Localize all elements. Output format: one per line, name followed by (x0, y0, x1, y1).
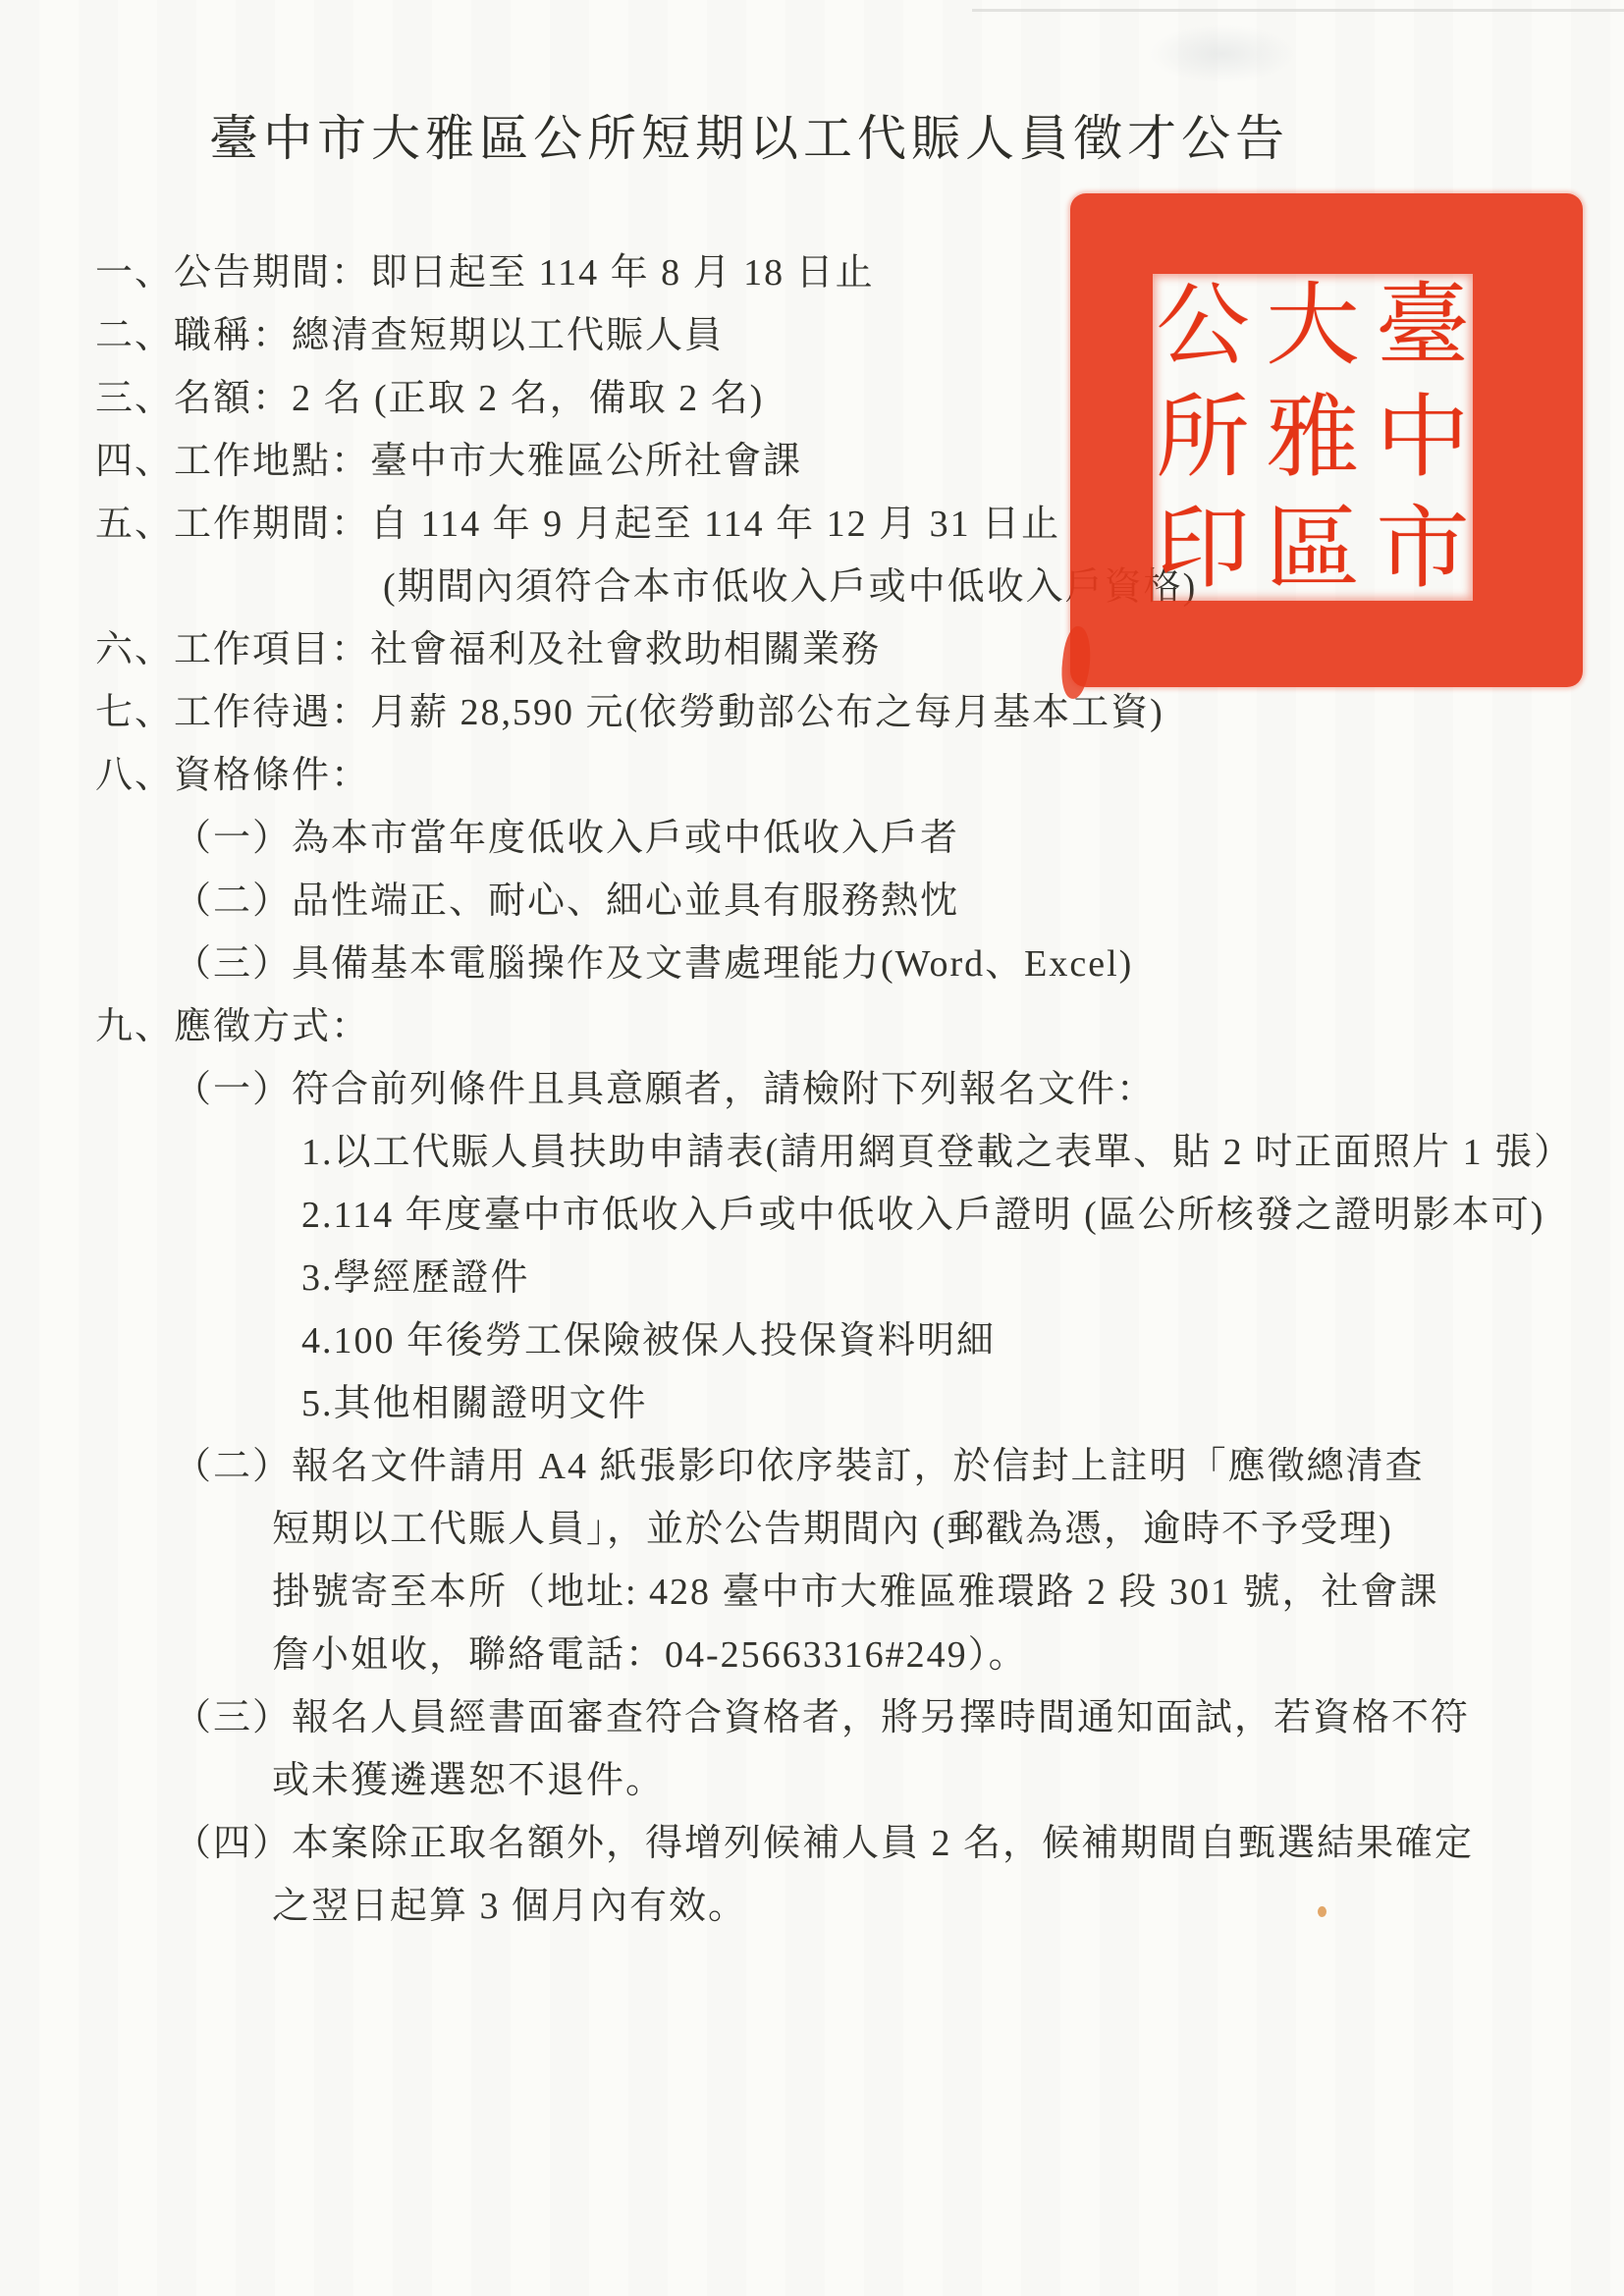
ink-dot-artifact (1318, 1906, 1326, 1917)
document-line: 九、應徵方式： (0, 995, 1624, 1058)
document-line: 短期以工代賑人員」，並於公告期間內 (郵戳為憑，逾時不予受理) (0, 1498, 1624, 1561)
scan-edge-artifact (972, 9, 1624, 12)
seal-character: 雅 (1261, 386, 1365, 490)
document-line: 詹小姐收，聯絡電話：04-25663316#249）。 (0, 1624, 1624, 1686)
seal-character: 印 (1151, 497, 1255, 601)
seal-characters: 臺中市大雅區公所印 (1153, 274, 1473, 601)
document-line: 之翌日起算 3 個月內有效。 (0, 1875, 1624, 1938)
seal-column: 大雅區 (1263, 274, 1363, 601)
seal-character: 所 (1151, 386, 1255, 490)
document-line: （三）報名人員經書面審查符合資格者，將另擇時間通知面試，若資格不符 (0, 1686, 1624, 1749)
document-line: （二）品性端正、耐心、細心並具有服務熱忱 (0, 870, 1624, 933)
official-seal-stamp: 臺中市大雅區公所印 (1070, 193, 1583, 687)
seal-character: 公 (1151, 274, 1255, 378)
document-line: 掛號寄至本所（地址: 428 臺中市大雅區雅環路 2 段 301 號，社會課 (0, 1561, 1624, 1624)
document-line: 3.學經歷證件 (0, 1247, 1624, 1309)
scanned-announcement-page: 臺中市大雅區公所短期以工代賑人員徵才公告 一、公告期間：即日起至 114 年 8… (0, 0, 1624, 2296)
document-line: （二）報名文件請用 A4 紙張影印依序裝訂，於信封上註明「應徵總清查 (0, 1435, 1624, 1498)
seal-character: 中 (1371, 386, 1475, 490)
document-line: （四）本案除正取名額外，得增列候補人員 2 名，候補期間自甄選結果確定 (0, 1812, 1624, 1875)
document-line: 或未獲遴選恕不退件。 (0, 1749, 1624, 1812)
seal-character: 區 (1261, 497, 1365, 601)
document-line: 七、工作待遇：月薪 28,590 元(依勞動部公布之每月基本工資) (0, 681, 1624, 744)
page-title: 臺中市大雅區公所短期以工代賑人員徵才公告 (209, 108, 1289, 169)
document-line: （三）具備基本電腦操作及文書處理能力(Word、Excel) (0, 933, 1624, 995)
document-line: （一）符合前列條件且具意願者，請檢附下列報名文件： (0, 1058, 1624, 1121)
document-line: 八、資格條件： (0, 744, 1624, 807)
document-line: 5.其他相關證明文件 (0, 1372, 1624, 1435)
document-line: 2.114 年度臺中市低收入戶或中低收入戶證明 (區公所核發之證明影本可) (0, 1184, 1624, 1247)
seal-column: 臺中市 (1373, 274, 1473, 601)
seal-character: 市 (1371, 497, 1475, 601)
document-line: （一）為本市當年度低收入戶或中低收入戶者 (0, 807, 1624, 870)
seal-column: 公所印 (1153, 274, 1253, 601)
document-line: 1.以工代賑人員扶助申請表(請用網頁登載之表單、貼 2 吋正面照片 1 張） (0, 1121, 1624, 1184)
document-line: 4.100 年後勞工保險被保人投保資料明細 (0, 1309, 1624, 1372)
seal-character: 臺 (1371, 274, 1475, 378)
scan-smudge-artifact (1149, 25, 1296, 83)
seal-character: 大 (1261, 274, 1365, 378)
